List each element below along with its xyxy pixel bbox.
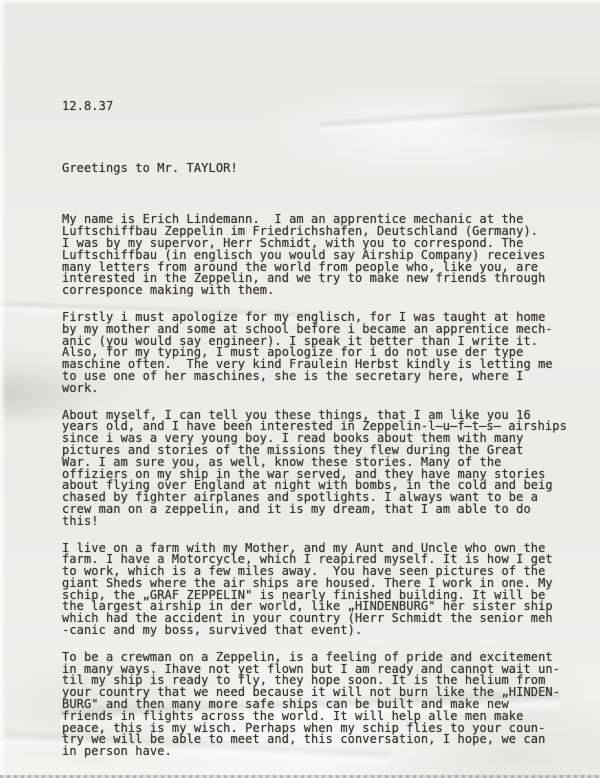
scan-edge-left	[0, 0, 6, 778]
letter-paragraph: My name is Erich Lindemann. I am an appr…	[62, 214, 562, 297]
letter-line: crew man on a zeppelin, and it is my dre…	[62, 504, 562, 516]
letter-line: this!	[62, 516, 562, 528]
letter-paragraph: To be a crewman on a Zeppelin, is a feel…	[62, 652, 562, 758]
letter-salutation: Greetings to Mr. TAYLOR!	[62, 163, 562, 175]
letter-paragraph: I live on a farm with my Mother, and my …	[62, 543, 562, 637]
scan-edge-top	[0, 0, 600, 5]
letter-paragraph: Firstly i must apologize for my englisch…	[62, 312, 562, 395]
letter-paragraph: About myself, I can tell you these thing…	[62, 410, 562, 528]
letter-line: to use one of her maschines, she is the …	[62, 371, 562, 383]
letter-line: in person have.	[62, 746, 562, 758]
letter: 12.8.37 Greetings to Mr. TAYLOR! My name…	[62, 77, 562, 770]
letter-line: -canic and my boss, survived that event)…	[62, 625, 562, 637]
letter-line: corresponce making with them.	[62, 285, 562, 297]
letter-body: My name is Erich Lindemann. I am an appr…	[62, 214, 562, 758]
letter-line: work.	[62, 383, 562, 395]
letter-date: 12.8.37	[62, 101, 562, 113]
